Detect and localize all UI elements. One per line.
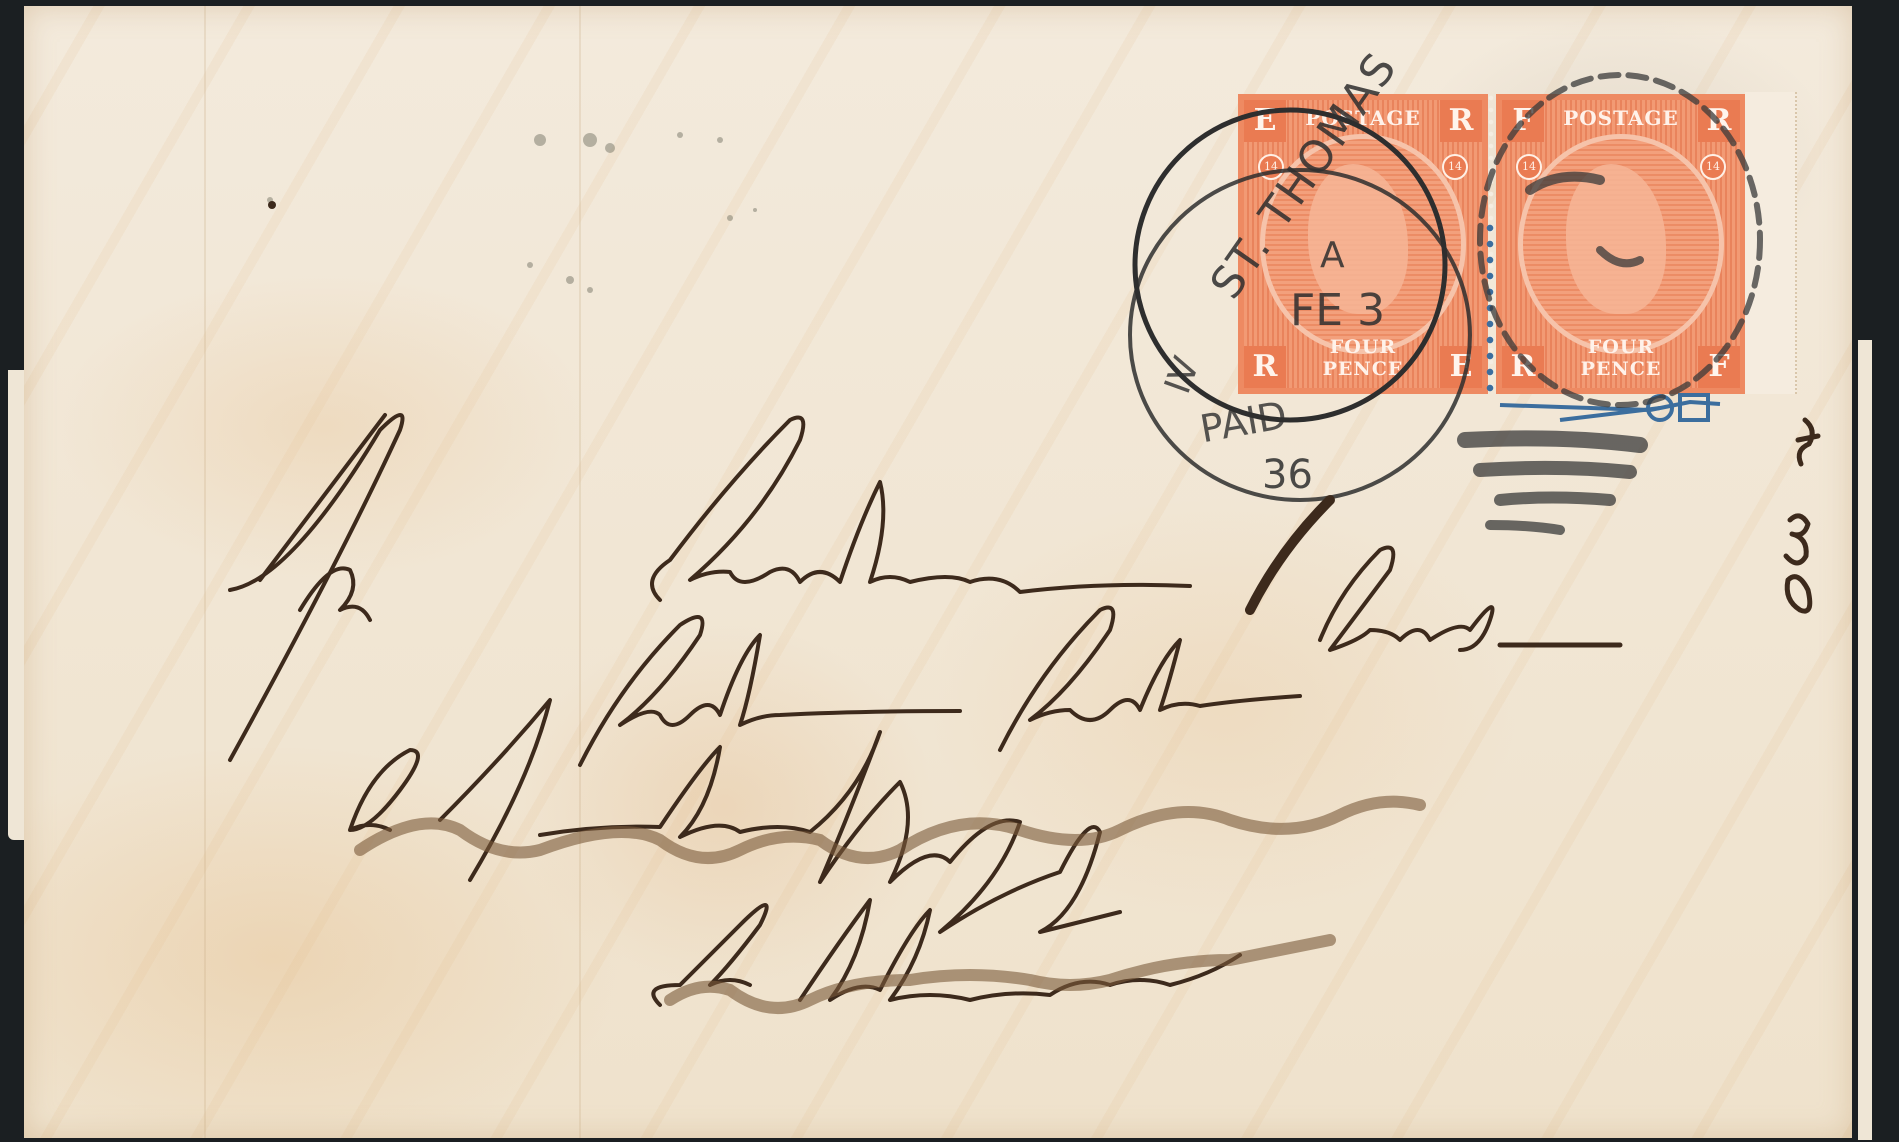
- blue-marking: [1500, 395, 1720, 420]
- ink-dot: [268, 201, 276, 209]
- obliterator: [1465, 75, 1760, 530]
- cds-postmark: [1130, 110, 1470, 500]
- address-handwriting: [230, 415, 1620, 1005]
- strikethrough: [360, 802, 1420, 1008]
- manuscript-marking: [1786, 420, 1818, 611]
- markings-layer: [0, 0, 1899, 1142]
